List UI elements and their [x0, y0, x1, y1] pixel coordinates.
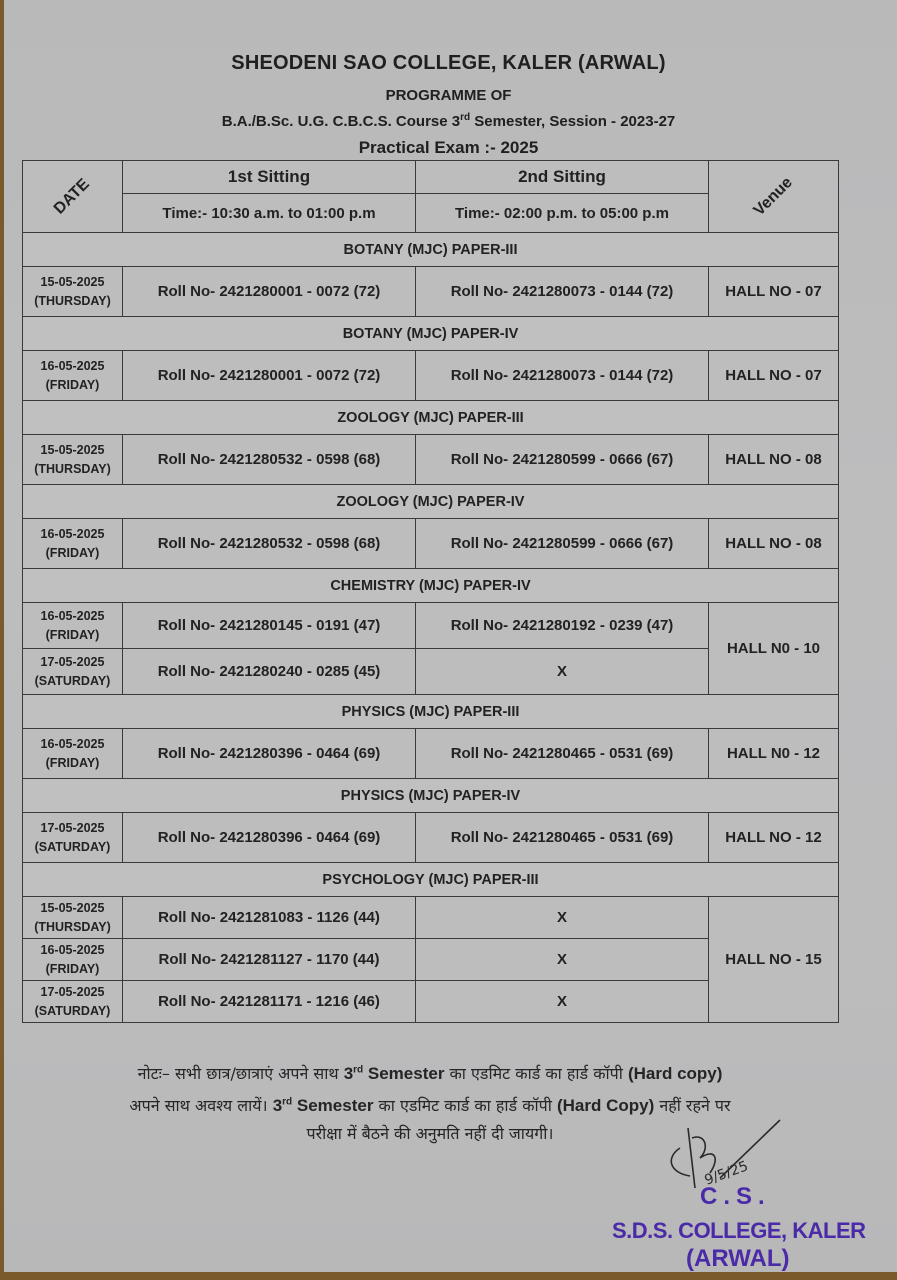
- exam-day: (SATURDAY): [23, 1002, 122, 1021]
- sitting2-header: 2nd Sitting: [416, 161, 709, 194]
- subject-heading: PSYCHOLOGY (MJC) PAPER-III: [23, 863, 839, 897]
- note-text: नोटः– सभी छात्र/छात्राएं अपने साथ: [138, 1064, 344, 1083]
- date-cell: 16-05-2025(FRIDAY): [23, 729, 123, 779]
- exam-day: (FRIDAY): [23, 626, 122, 645]
- exam-date: 16-05-2025: [23, 607, 122, 626]
- stamp-location: (ARWAL): [686, 1245, 790, 1273]
- date-cell: 16-05-2025(FRIDAY): [23, 603, 123, 649]
- date-cell: 16-05-2025(FRIDAY): [23, 939, 123, 981]
- subject-heading: BOTANY (MJC) PAPER-IV: [23, 317, 839, 351]
- note-semester: Semester: [292, 1096, 373, 1115]
- exam-date: 16-05-2025: [23, 525, 122, 544]
- exam-date: 15-05-2025: [23, 441, 122, 460]
- note-semester: Semester: [363, 1064, 444, 1083]
- sitting1-roll-range: Roll No- 2421281171 - 1216 (46): [123, 981, 416, 1023]
- note-text: अपने साथ अवश्य लायें।: [129, 1096, 272, 1115]
- date-cell: 17-05-2025(SATURDAY): [23, 649, 123, 695]
- subject-heading: PHYSICS (MJC) PAPER-III: [23, 695, 839, 729]
- sitting2-roll-range: X: [416, 897, 709, 939]
- sitting1-roll-range: Roll No- 2421280396 - 0464 (69): [123, 813, 416, 863]
- note-hard-copy: (Hard Copy): [557, 1096, 654, 1115]
- college-name: SHEODENI SAO COLLEGE, KALER (ARWAL): [0, 52, 897, 75]
- exam-day: (FRIDAY): [23, 754, 122, 773]
- exam-date: 17-05-2025: [23, 653, 122, 672]
- exam-date: 17-05-2025: [23, 819, 122, 838]
- table-row: 16-05-2025(FRIDAY)Roll No- 2421280001 - …: [23, 351, 839, 401]
- sitting2-time: Time:- 02:00 p.m. to 05:00 p.m: [416, 194, 709, 233]
- venue-cell: HALL NO - 15: [709, 897, 839, 1023]
- exam-day: (THURSDAY): [23, 292, 122, 311]
- table-row: 17-05-2025(SATURDAY)Roll No- 2421280396 …: [23, 813, 839, 863]
- course-line: B.A./B.Sc. U.G. C.B.C.S. Course 3rd Seme…: [0, 112, 897, 130]
- subject-heading: CHEMISTRY (MJC) PAPER-IV: [23, 569, 839, 603]
- exam-day: (FRIDAY): [23, 960, 122, 979]
- venue-header: Venue: [709, 161, 839, 233]
- exam-title: Practical Exam :- 2025: [0, 138, 897, 158]
- note-hard-copy: (Hard copy): [628, 1064, 722, 1083]
- exam-day: (THURSDAY): [23, 460, 122, 479]
- date-cell: 15-05-2025(THURSDAY): [23, 267, 123, 317]
- subject-heading: BOTANY (MJC) PAPER-III: [23, 233, 839, 267]
- table-row: 16-05-2025(FRIDAY)Roll No- 2421280532 - …: [23, 519, 839, 569]
- sitting1-roll-range: Roll No- 2421280396 - 0464 (69): [123, 729, 416, 779]
- sitting1-roll-range: Roll No- 2421280240 - 0285 (45): [123, 649, 416, 695]
- exam-schedule-table: DATE 1st Sitting 2nd Sitting Venue Time:…: [22, 160, 839, 1023]
- sitting1-roll-range: Roll No- 2421280532 - 0598 (68): [123, 435, 416, 485]
- programme-label: PROGRAMME OF: [0, 87, 897, 104]
- date-cell: 15-05-2025(THURSDAY): [23, 897, 123, 939]
- venue-cell: HALL NO - 07: [709, 267, 839, 317]
- sitting2-roll-range: Roll No- 2421280599 - 0666 (67): [416, 435, 709, 485]
- sitting2-roll-range: Roll No- 2421280465 - 0531 (69): [416, 729, 709, 779]
- sitting2-roll-range: X: [416, 939, 709, 981]
- venue-cell: HALL N0 - 10: [709, 603, 839, 695]
- course-session: Semester, Session - 2023-27: [470, 113, 675, 130]
- note-ordinal: rd: [353, 1064, 363, 1075]
- sitting2-roll-range: Roll No- 2421280465 - 0531 (69): [416, 813, 709, 863]
- exam-date: 16-05-2025: [23, 735, 122, 754]
- table-row: 15-05-2025(THURSDAY)Roll No- 2421281083 …: [23, 897, 839, 939]
- sitting1-header: 1st Sitting: [123, 161, 416, 194]
- note-text: नहीं रहने पर: [654, 1096, 730, 1115]
- exam-date: 17-05-2025: [23, 983, 122, 1002]
- exam-day: (THURSDAY): [23, 918, 122, 937]
- schedule-body: BOTANY (MJC) PAPER-III15-05-2025(THURSDA…: [23, 233, 839, 1023]
- exam-date: 16-05-2025: [23, 357, 122, 376]
- exam-day: (SATURDAY): [23, 838, 122, 857]
- sitting2-roll-range: X: [416, 981, 709, 1023]
- sitting1-time: Time:- 10:30 a.m. to 01:00 p.m: [123, 194, 416, 233]
- note-semester-number: 3: [273, 1096, 282, 1115]
- exam-date: 15-05-2025: [23, 899, 122, 918]
- subject-heading: ZOOLOGY (MJC) PAPER-IV: [23, 485, 839, 519]
- date-cell: 15-05-2025(THURSDAY): [23, 435, 123, 485]
- date-cell: 16-05-2025(FRIDAY): [23, 351, 123, 401]
- exam-day: (FRIDAY): [23, 544, 122, 563]
- exam-day: (SATURDAY): [23, 672, 122, 691]
- note-semester-number: 3: [344, 1064, 353, 1083]
- note-text: का एडमिट कार्ड का हार्ड कॉपी: [373, 1096, 557, 1115]
- course-ordinal: rd: [460, 112, 470, 123]
- note-line-2: अपने साथ अवश्य लायें। 3rd Semester का एड…: [30, 1094, 830, 1116]
- note-text: का एडमिट कार्ड का हार्ड कॉपी: [444, 1064, 628, 1083]
- note-ordinal: rd: [282, 1096, 292, 1107]
- venue-cell: HALL N0 - 12: [709, 729, 839, 779]
- date-cell: 17-05-2025(SATURDAY): [23, 981, 123, 1023]
- sitting1-roll-range: Roll No- 2421281083 - 1126 (44): [123, 897, 416, 939]
- sitting1-roll-range: Roll No- 2421280532 - 0598 (68): [123, 519, 416, 569]
- table-row: 15-05-2025(THURSDAY)Roll No- 2421280001 …: [23, 267, 839, 317]
- table-row: 16-05-2025(FRIDAY)Roll No- 2421280396 - …: [23, 729, 839, 779]
- date-cell: 16-05-2025(FRIDAY): [23, 519, 123, 569]
- exam-day: (FRIDAY): [23, 376, 122, 395]
- table-row: 15-05-2025(THURSDAY)Roll No- 2421280532 …: [23, 435, 839, 485]
- sitting2-roll-range: Roll No- 2421280599 - 0666 (67): [416, 519, 709, 569]
- sitting2-roll-range: Roll No- 2421280073 - 0144 (72): [416, 267, 709, 317]
- exam-date: 15-05-2025: [23, 273, 122, 292]
- subject-heading: PHYSICS (MJC) PAPER-IV: [23, 779, 839, 813]
- date-header: DATE: [23, 161, 123, 233]
- sitting1-roll-range: Roll No- 2421280001 - 0072 (72): [123, 267, 416, 317]
- venue-cell: HALL NO - 12: [709, 813, 839, 863]
- stamp-college: S.D.S. COLLEGE, KALER: [612, 1218, 866, 1244]
- venue-cell: HALL NO - 08: [709, 435, 839, 485]
- table-row: 16-05-2025(FRIDAY)Roll No- 2421280145 - …: [23, 603, 839, 649]
- stamp-title: C.S.: [700, 1183, 771, 1211]
- sitting1-roll-range: Roll No- 2421281127 - 1170 (44): [123, 939, 416, 981]
- venue-cell: HALL NO - 08: [709, 519, 839, 569]
- venue-cell: HALL NO - 07: [709, 351, 839, 401]
- sitting1-roll-range: Roll No- 2421280001 - 0072 (72): [123, 351, 416, 401]
- course-text: B.A./B.Sc. U.G. C.B.C.S. Course 3: [222, 113, 460, 130]
- sitting2-roll-range: X: [416, 649, 709, 695]
- sitting2-roll-range: Roll No- 2421280192 - 0239 (47): [416, 603, 709, 649]
- subject-heading: ZOOLOGY (MJC) PAPER-III: [23, 401, 839, 435]
- sitting2-roll-range: Roll No- 2421280073 - 0144 (72): [416, 351, 709, 401]
- date-cell: 17-05-2025(SATURDAY): [23, 813, 123, 863]
- exam-date: 16-05-2025: [23, 941, 122, 960]
- sitting1-roll-range: Roll No- 2421280145 - 0191 (47): [123, 603, 416, 649]
- note-line-1: नोटः– सभी छात्र/छात्राएं अपने साथ 3rd Se…: [30, 1062, 830, 1084]
